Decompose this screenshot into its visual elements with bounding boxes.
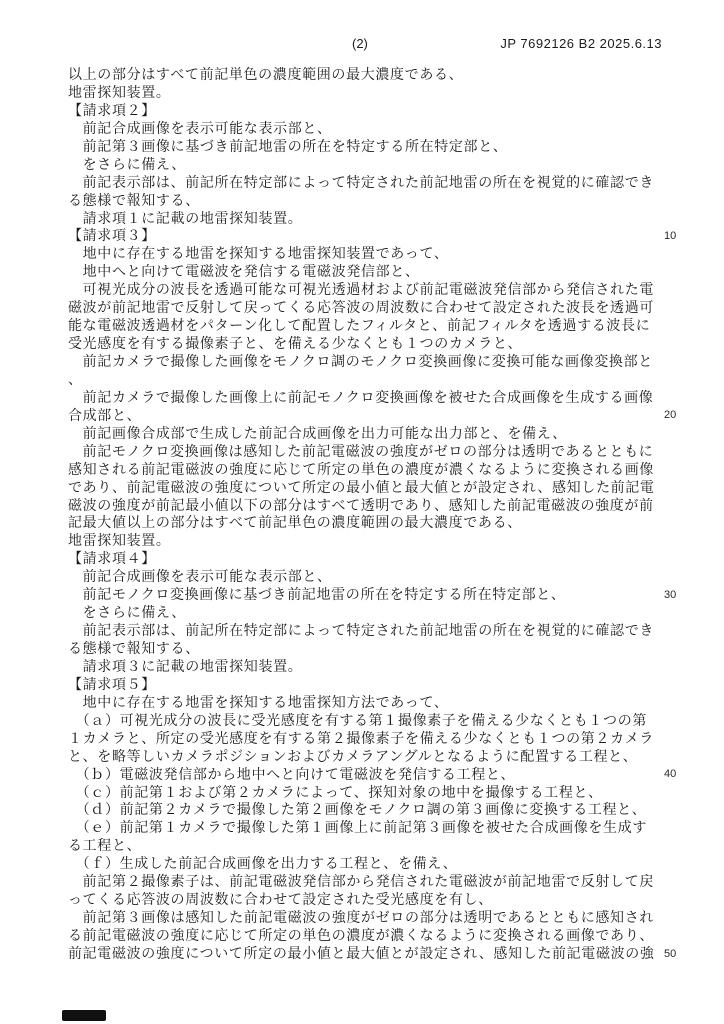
text-line: 地雷探知装置。 bbox=[68, 532, 660, 550]
text-line: （ｅ）前記第１カメラで撮像した第１画像上に前記第３画像を被せた合成画像を生成す bbox=[68, 819, 660, 837]
text-line: 、 bbox=[68, 371, 660, 389]
text-line: 【請求項２】 bbox=[68, 102, 660, 120]
text-line: 感知される前記電磁波の強度に応じて所定の単色の濃度が濃くなるように変換される画像 bbox=[68, 461, 660, 479]
text-line: （ｆ）生成した前記合成画像を出力する工程と、を備え、 bbox=[68, 855, 660, 873]
text-line: であり、前記電磁波の強度について所定の最小値と最大値とが設定され、感知した前記電 bbox=[68, 479, 660, 497]
claims-text-block: 以上の部分はすべて前記単色の濃度範囲の最大濃度である、地雷探知装置。【請求項２】… bbox=[68, 66, 660, 963]
text-line: る態様で報知する、 bbox=[68, 640, 660, 658]
text-line: 磁波が前記地雷で反射して戻ってくる応答波の周波数に合わせて設定された波長を透過可 bbox=[68, 299, 660, 317]
text-line: 磁波の強度が前記最小値以下の部分はすべて透明であり、感知した前記電磁波の強度が前 bbox=[68, 497, 660, 515]
text-line: 前記表示部は、前記所在特定部によって特定された前記地雷の所在を視覚的に確認でき bbox=[68, 174, 660, 192]
line-number: 20 bbox=[664, 407, 694, 425]
text-line: と、を略等しいカメラポジションおよびカメラアングルとなるように配置する工程と、 bbox=[68, 748, 660, 766]
text-line: 前記カメラで撮像した画像上に前記モノクロ変換画像を被せた合成画像を生成する画像 bbox=[68, 389, 660, 407]
text-line: 前記カメラで撮像した画像をモノクロ調のモノクロ変換画像に変換可能な画像変換部と bbox=[68, 353, 660, 371]
text-line: 以上の部分はすべて前記単色の濃度範囲の最大濃度である、 bbox=[68, 66, 660, 84]
publication-number: JP 7692126 B2 2025.6.13 bbox=[500, 36, 662, 51]
patent-document-page: (2) JP 7692126 B2 2025.6.13 以上の部分はすべて前記単… bbox=[0, 0, 724, 1024]
text-line: 前記モノクロ変換画像に基づき前記地雷の所在を特定する所在特定部と、 bbox=[68, 586, 660, 604]
scan-artifact-bar bbox=[62, 1010, 106, 1021]
text-line: 前記モノクロ変換画像は感知した前記電磁波の強度がゼロの部分は透明であるとともに bbox=[68, 443, 660, 461]
text-line: １カメラと、所定の受光感度を有する第２撮像素子を備える少なくとも１つの第２カメラ bbox=[68, 730, 660, 748]
text-line: 【請求項５】 bbox=[68, 676, 660, 694]
text-line: 合成部と、 bbox=[68, 407, 660, 425]
text-line: 請求項１に記載の地雷探知装置。 bbox=[68, 210, 660, 228]
line-number: 50 bbox=[664, 946, 694, 964]
text-line: る前記電磁波の強度に応じて所定の単色の濃度が濃くなるように変換される画像であり、 bbox=[68, 927, 660, 945]
text-line: 地中へと向けて電磁波を発信する電磁波発信部と、 bbox=[68, 263, 660, 281]
text-line: 【請求項３】 bbox=[68, 227, 660, 245]
text-line: をさらに備え、 bbox=[68, 604, 660, 622]
text-line: 前記電磁波の強度について所定の最小値と最大値とが設定され、感知した前記電磁波の強 bbox=[68, 945, 660, 963]
text-line: をさらに備え、 bbox=[68, 156, 660, 174]
text-line: 可視光成分の波長を透過可能な可視光透過材および前記電磁波発信部から発信された電 bbox=[68, 281, 660, 299]
text-line: 前記第３画像に基づき前記地雷の所在を特定する所在特定部と、 bbox=[68, 138, 660, 156]
text-line: 前記表示部は、前記所在特定部によって特定された前記地雷の所在を視覚的に確認でき bbox=[68, 622, 660, 640]
text-line: 受光感度を有する撮像素子と、を備える少なくとも１つのカメラと、 bbox=[68, 335, 660, 353]
text-line: 地雷探知装置。 bbox=[68, 84, 660, 102]
line-number: 10 bbox=[664, 228, 694, 246]
text-line: 前記合成画像を表示可能な表示部と、 bbox=[68, 568, 660, 586]
text-line: 地中に存在する地雷を探知する地雷探知方法であって、 bbox=[68, 694, 660, 712]
text-line: 【請求項４】 bbox=[68, 550, 660, 568]
line-number: 30 bbox=[664, 587, 694, 605]
text-line: 前記第２撮像素子は、前記電磁波発信部から発信された電磁波が前記地雷で反射して戻 bbox=[68, 873, 660, 891]
text-line: る工程と、 bbox=[68, 837, 660, 855]
text-line: 地中に存在する地雷を探知する地雷探知装置であって、 bbox=[68, 245, 660, 263]
text-line: ってくる応答波の周波数に合わせて設定された受光感度を有し、 bbox=[68, 891, 660, 909]
text-line: 記最大値以上の部分はすべて前記単色の濃度範囲の最大濃度である、 bbox=[68, 514, 660, 532]
text-line: （ｃ）前記第１および第２カメラによって、探知対象の地中を撮像する工程と、 bbox=[68, 784, 660, 802]
text-line: る態様で報知する、 bbox=[68, 192, 660, 210]
text-line: 能な電磁波透過材をパターン化して配置したフィルタと、前記フィルタを透過する波長に bbox=[68, 317, 660, 335]
text-line: 前記合成画像を表示可能な表示部と、 bbox=[68, 120, 660, 138]
line-number: 40 bbox=[664, 766, 694, 784]
page-number: (2) bbox=[352, 36, 368, 51]
text-line: 請求項３に記載の地雷探知装置。 bbox=[68, 658, 660, 676]
text-line: （ｄ）前記第２カメラで撮像した第２画像をモノクロ調の第３画像に変換する工程と、 bbox=[68, 801, 660, 819]
text-line: 前記第３画像は感知した前記電磁波の強度がゼロの部分は透明であるとともに感知され bbox=[68, 909, 660, 927]
text-line: 前記画像合成部で生成した前記合成画像を出力可能な出力部と、を備え、 bbox=[68, 425, 660, 443]
text-line: （ｂ）電磁波発信部から地中へと向けて電磁波を発信する工程と、 bbox=[68, 766, 660, 784]
text-line: （ａ）可視光成分の波長に受光感度を有する第１撮像素子を備える少なくとも１つの第 bbox=[68, 712, 660, 730]
